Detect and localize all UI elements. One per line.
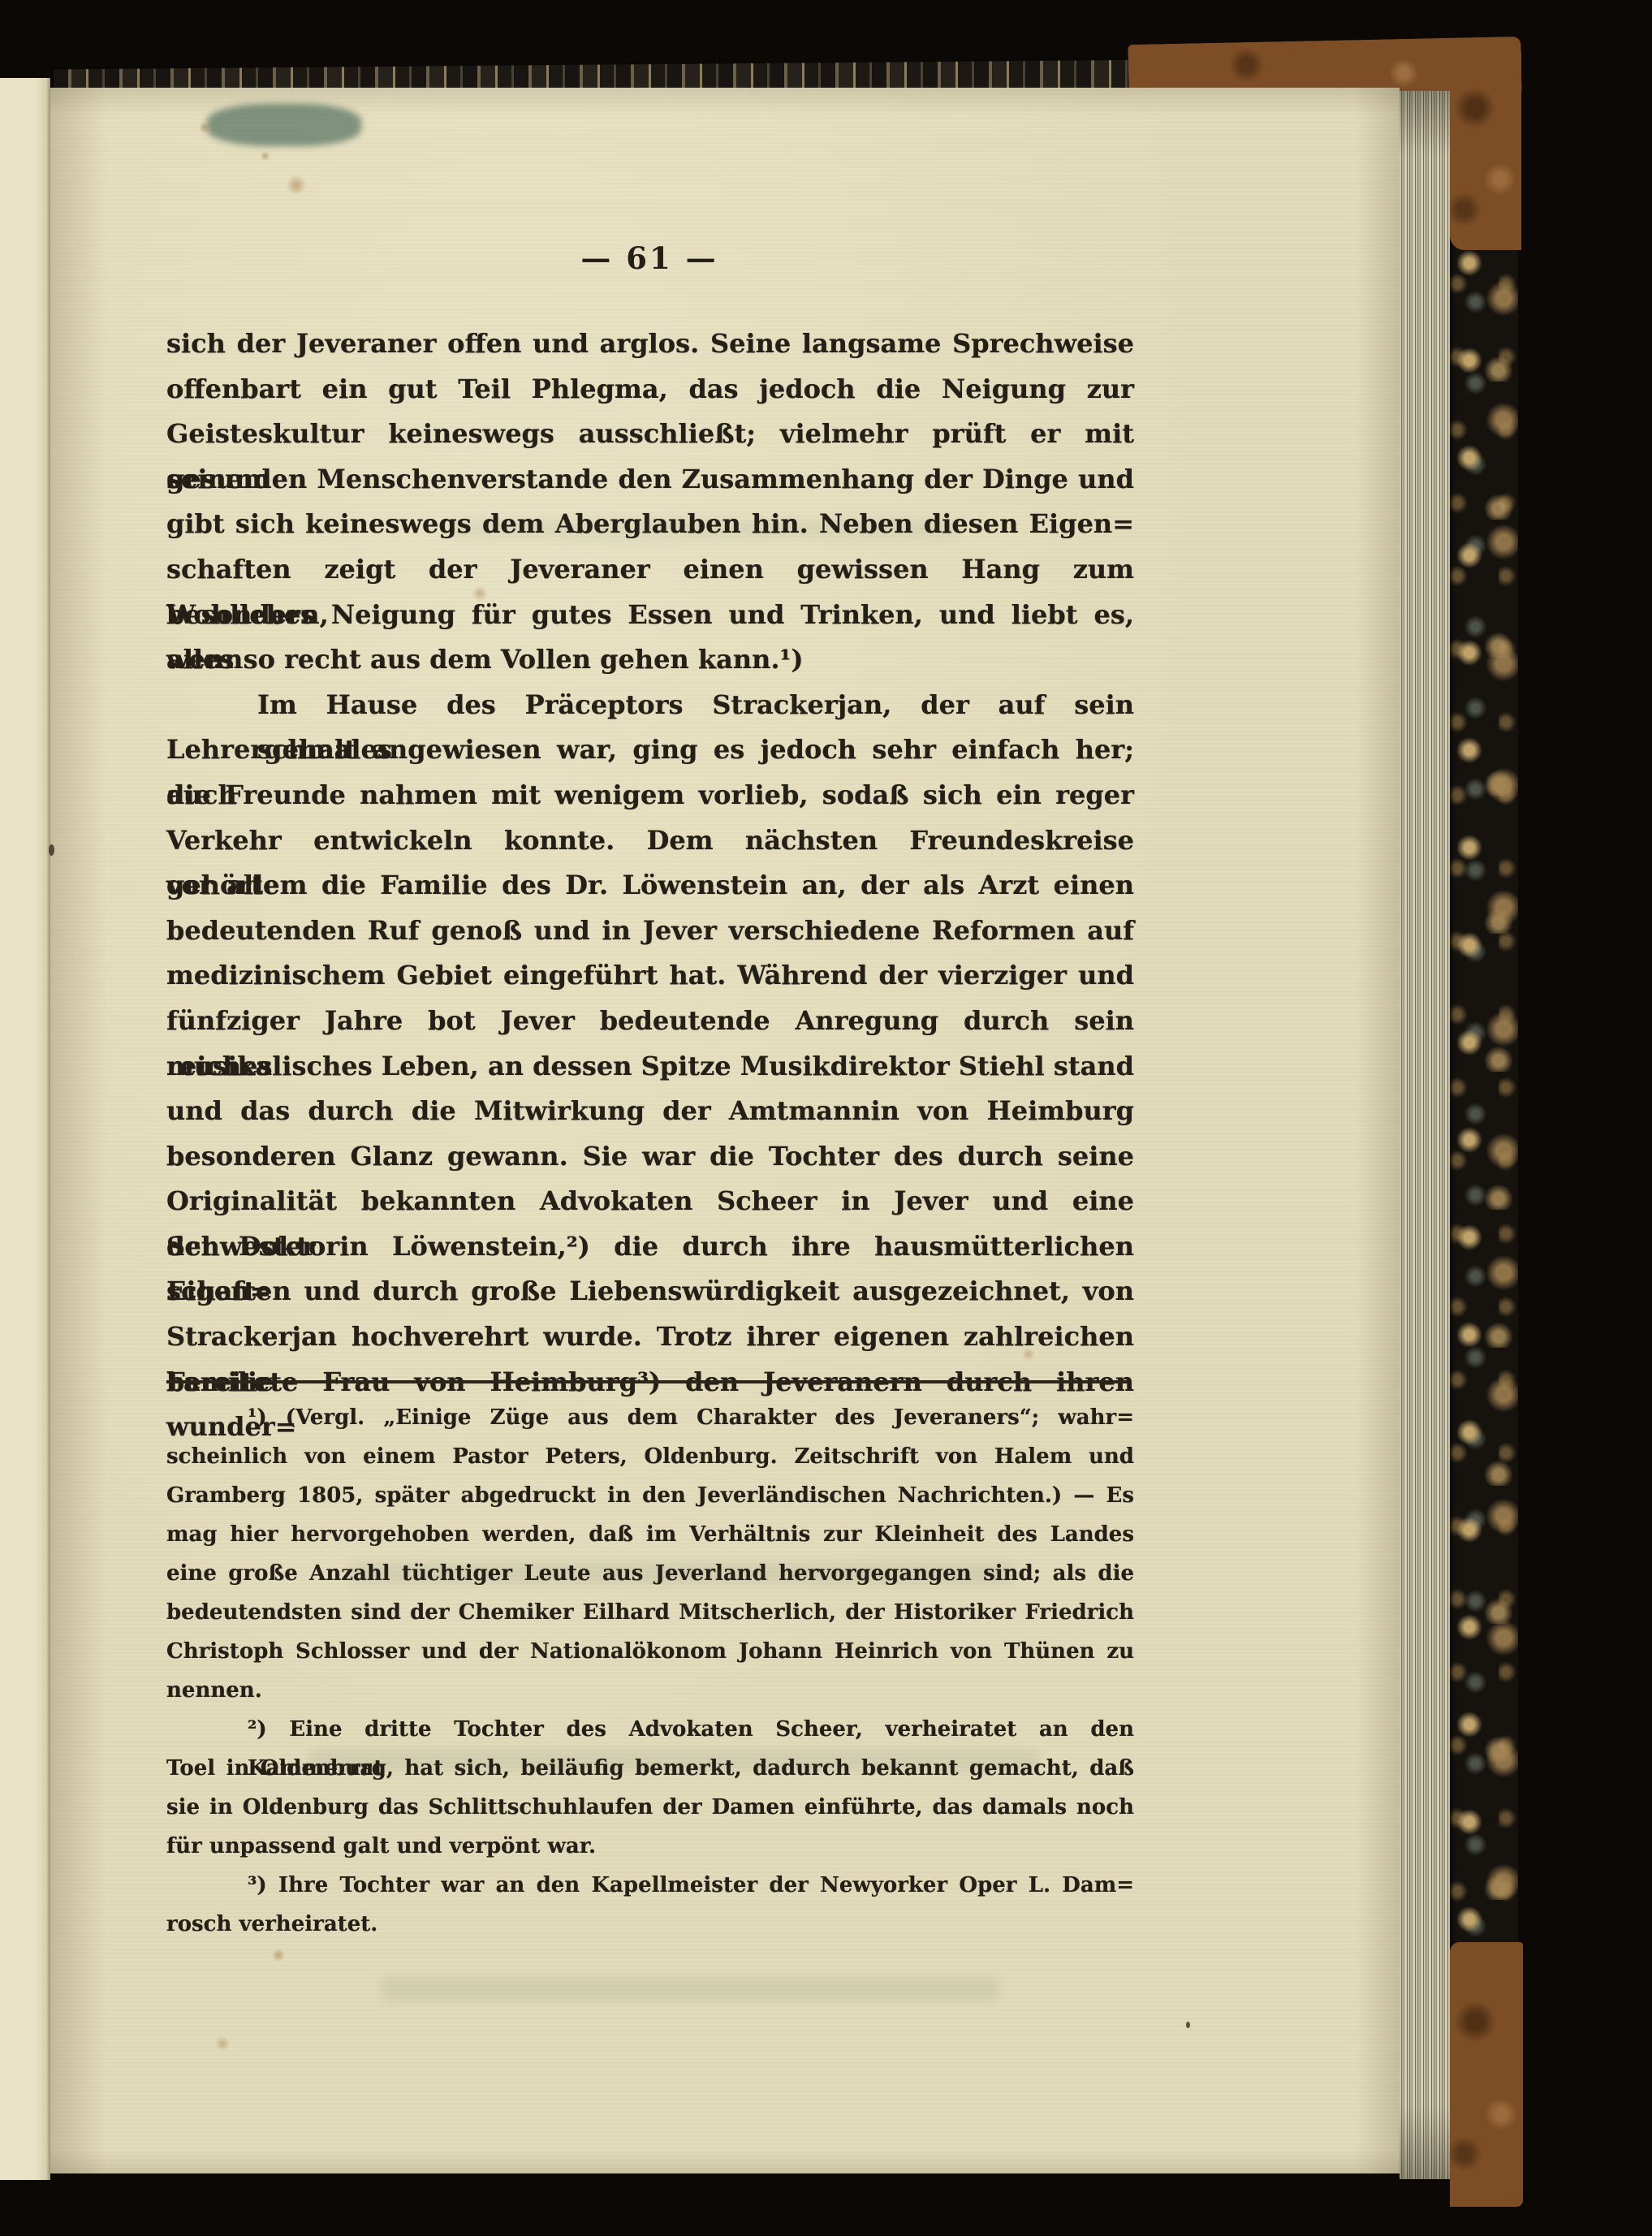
text-line: offenbart ein gut Teil Phlegma, das jedo… [166,367,1134,412]
text-line: gibt sich keineswegs dem Aberglauben hin… [166,502,1134,547]
footnote-line-end: für unpassend galt und verpönt war. [166,1827,1134,1866]
foxing-spot [271,1949,286,1962]
text-line: fünfziger Jahre bot Jever bedeutende Anr… [166,999,1134,1044]
text-line: musikalisches Leben, an dessen Spitze Mu… [166,1044,1134,1090]
page-number: — 61 — [166,240,1132,276]
foxing-spot [260,151,270,161]
footnote-line: bedeutendsten sind der Chemiker Eilhard … [166,1593,1134,1632]
text-line: der Doktorin Löwenstein,²) die durch ihr… [166,1224,1134,1270]
text-line: Originalität bekannten Advokaten Scheer … [166,1179,1134,1224]
footnote-line: eine große Anzahl tüchtiger Leute aus Je… [166,1554,1134,1593]
leather-corner-bottom [1450,1942,1523,2207]
foxing-spot [286,175,307,195]
foxing-spot [198,122,211,133]
gutter-speck [49,844,54,856]
footnote-line-start: ³) Ihre Tochter war an den Kapellmeister… [166,1866,1134,1905]
text-line: schaften und durch große Liebenswürdigke… [166,1269,1134,1314]
text-line: besonders Neigung für gutes Essen und Tr… [166,593,1134,638]
text-line-paragraph-start: Im Hause des Präceptors Strackerjan, der… [166,683,1134,728]
text-line: die Freunde nahmen mit wenigem vorlieb, … [166,773,1134,818]
footnote-line: sie in Oldenburg das Schlittschuhlaufen … [166,1788,1134,1827]
text-line: Geisteskultur keineswegs ausschließt; vi… [166,412,1134,457]
book-scan: — 61 — sich der Jeveraner offen und argl… [0,0,1652,2236]
footnotes-text: ¹) (Vergl. „Einige Züge aus dem Charakte… [166,1398,1134,1944]
scan-artifact [207,104,361,146]
text-line: Verkehr entwickeln konnte. Dem nächsten … [166,818,1134,864]
footnote-line: scheinlich von einem Pastor Peters, Olde… [166,1437,1134,1476]
footnote-line: Christoph Schlosser und der Nationalökon… [166,1632,1134,1671]
text-line: schaften zeigt der Jeveraner einen gewis… [166,547,1134,593]
text-line: vor allem die Familie des Dr. Löwenstein… [166,863,1134,909]
text-line: bedeutenden Ruf genoß und in Jever versc… [166,909,1134,954]
footnote-line: Toel in Oldenburg, hat sich, beiläufig b… [166,1749,1134,1788]
fore-edge-pages [1400,91,1450,2179]
foxing-spot [214,2036,231,2051]
text-line: und das durch die Mitwirkung der Amtmann… [166,1089,1134,1134]
footnote-line-start: ¹) (Vergl. „Einige Züge aus dem Charakte… [166,1398,1134,1437]
text-line: medizinischem Gebiet eingeführt hat. Wäh… [166,953,1134,999]
text-line: besonderen Glanz gewann. Sie war die Toc… [166,1134,1134,1180]
footnote-line: mag hier hervorgehoben werden, daß im Ve… [166,1515,1134,1554]
text-line-paragraph-end: alles so recht aus dem Vollen gehen kann… [166,637,1134,683]
text-line: sich der Jeveraner offen und arglos. Sei… [166,322,1134,367]
leather-corner-top [1450,47,1521,250]
text-line: Lehrergehalt angewiesen war, ging es jed… [166,727,1134,773]
ink-speck [1186,2022,1190,2028]
body-text: sich der Jeveraner offen und arglos. Sei… [166,322,1134,1405]
footnote-line: Gramberg 1805, später abgedruckt in den … [166,1476,1134,1515]
marbled-cover-edge [1450,244,1518,1945]
gutter-page-edge [0,78,50,2180]
text-line: gesunden Menschenverstande den Zusammenh… [166,457,1134,503]
text-line: Strackerjan hochverehrt wurde. Trotz ihr… [166,1314,1134,1360]
footnote-line-end: rosch verheiratet. [166,1905,1134,1944]
footnote-line-end: nennen. [166,1671,1134,1710]
bleed-through-ghost [382,1977,999,2001]
footnote-line-start: ²) Eine dritte Tochter des Advokaten Sch… [166,1710,1134,1749]
footnote-separator-rule [166,1380,1128,1383]
